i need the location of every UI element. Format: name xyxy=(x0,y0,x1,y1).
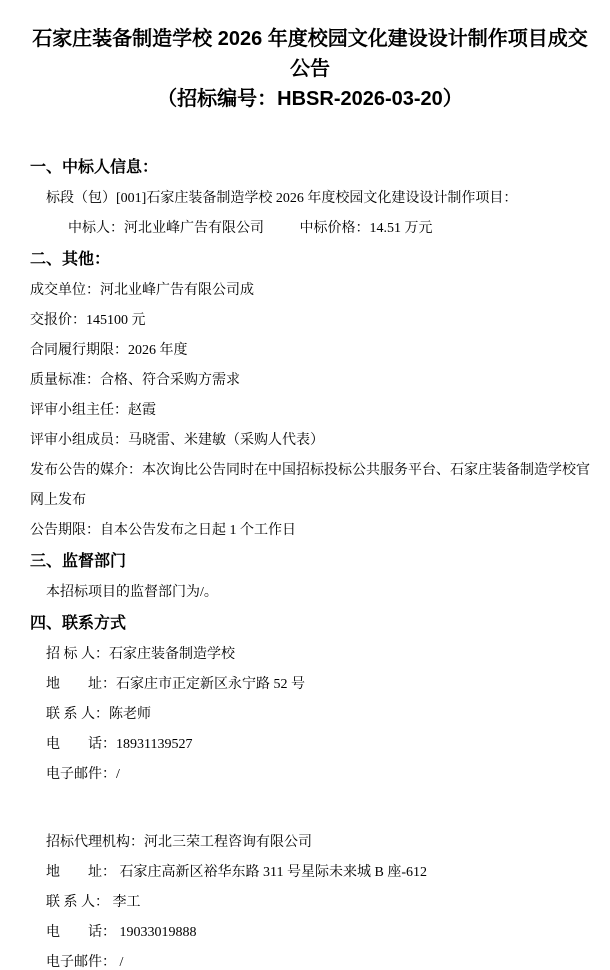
tenderer-phone-line: 电 话：18931139527 xyxy=(30,730,590,760)
winner-price: 中标价格：14.51 万元 xyxy=(300,221,433,236)
agency-email-line: 电子邮件： / xyxy=(30,948,590,970)
announcement-document: 石家庄装备制造学校 2026 年度校园文化建设设计制作项目成交公告 （招标编号：… xyxy=(0,0,610,970)
agency-contact-line: 联 系 人： 李工 xyxy=(30,888,590,918)
review-chief-line: 评审小组主任：赵霞 xyxy=(30,396,590,426)
page-title: 石家庄装备制造学校 2026 年度校园文化建设设计制作项目成交公告 （招标编号：… xyxy=(30,24,590,114)
tenderer-email-line: 电子邮件：/ xyxy=(30,760,590,790)
review-members-line: 评审小组成员：马晓雷、米建敏（采购人代表） xyxy=(30,426,590,456)
winner-name: 中标人：河北业峰广告有限公司 xyxy=(68,221,264,236)
section3-heading: 三、监督部门 xyxy=(30,546,590,578)
tenderer-name-line: 招 标 人：石家庄装备制造学校 xyxy=(30,640,590,670)
winner-line: 中标人：河北业峰广告有限公司 中标价格：14.51 万元 xyxy=(30,214,590,244)
blank-line xyxy=(30,790,590,828)
lot-info-line: 标段（包）[001]石家庄装备制造学校 2026 年度校园文化建设设计制作项目： xyxy=(30,184,590,214)
agency-address-line: 地 址： 石家庄高新区裕华东路 311 号星际未来城 B 座-612 xyxy=(30,858,590,888)
section1-heading: 一、中标人信息： xyxy=(30,152,590,184)
section4-heading: 四、联系方式 xyxy=(30,608,590,640)
contract-period-line: 合同履行期限：2026 年度 xyxy=(30,336,590,366)
announcement-media-line: 发布公告的媒介：本次询比公告同时在中国招标投标公共服务平台、石家庄装备制造学校官… xyxy=(30,456,590,516)
tenderer-address-line: 地 址：石家庄市正定新区永宁路 52 号 xyxy=(30,670,590,700)
tenderer-contact-line: 联 系 人：陈老师 xyxy=(30,700,590,730)
notice-period-line: 公告期限：自本公告发布之日起 1 个工作日 xyxy=(30,516,590,546)
deal-unit-line: 成交单位：河北业峰广告有限公司成 xyxy=(30,276,590,306)
agency-name-line: 招标代理机构：河北三荣工程咨询有限公司 xyxy=(30,828,590,858)
supervision-body: 本招标项目的监督部门为/。 xyxy=(30,578,590,608)
title-line1: 石家庄装备制造学校 2026 年度校园文化建设设计制作项目成交公告 xyxy=(30,24,590,84)
quality-standard-line: 质量标准：合格、符合采购方需求 xyxy=(30,366,590,396)
title-line2-tender-number: （招标编号：HBSR-2026-03-20） xyxy=(30,84,590,114)
section2-heading: 二、其他： xyxy=(30,244,590,276)
agency-phone-line: 电 话： 19033019888 xyxy=(30,918,590,948)
deal-price-line: 交报价：145100 元 xyxy=(30,306,590,336)
